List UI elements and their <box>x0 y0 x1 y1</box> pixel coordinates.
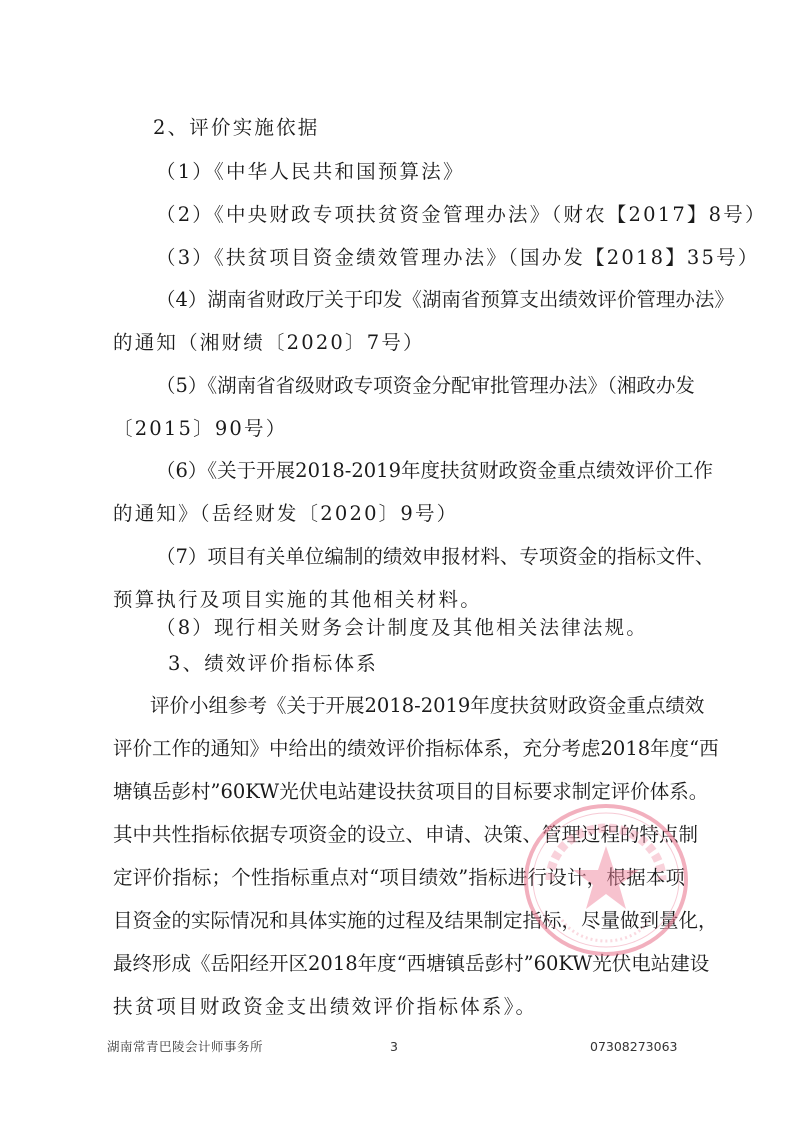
basis-item-6-line1: （6）《关于开展2018-2019年度扶贫财政资金重点绩效评价工作 <box>156 458 685 484</box>
footer-page-number: 3 <box>390 1038 398 1056</box>
basis-item-5-line1: （5）《湖南省省级财政专项资金分配审批管理办法》（湘政办发 <box>156 373 685 399</box>
paragraph-line-6: 目资金的实际情况和具体实施的过程及结果制定指标，尽量做到量化， <box>113 908 685 934</box>
basis-item-4-line1: （4）湖南省财政厅关于印发《湖南省预算支出绩效评价管理办法》 <box>156 287 685 313</box>
basis-item-4-line2: 的通知（湘财绩〔2020〕7号） <box>113 330 425 356</box>
paragraph-line-5: 定评价指标；个性指标重点对“项目绩效”指标进行设计，根据本项 <box>113 865 685 891</box>
basis-item-1: （1）《中华人民共和国预算法》 <box>156 159 465 185</box>
paragraph-line-8: 扶贫项目财政资金支出绩效评价指标体系》。 <box>113 994 537 1020</box>
basis-item-5-line2: 〔2015〕90号） <box>113 416 287 442</box>
basis-item-7-line1: （7）项目有关单位编制的绩效申报材料、专项资金的指标文件、 <box>156 544 685 570</box>
paragraph-line-1: 评价小组参考《关于开展2018-2019年度扶贫财政资金重点绩效 <box>150 693 685 719</box>
basis-item-2: （2）《中央财政专项扶贫资金管理办法》（财农【2017】8号） <box>156 202 767 228</box>
paragraph-line-7: 最终形成《岳阳经开区2018年度“西塘镇岳彭村”60KW光伏电站建设 <box>113 951 685 977</box>
section-heading-2: 2、评价实施依据 <box>153 115 320 141</box>
section-heading-3: 3、绩效评价指标体系 <box>168 651 378 677</box>
paragraph-line-3: 塘镇岳彭村”60KW光伏电站建设扶贫项目的目标要求制定评价体系。 <box>113 779 685 805</box>
footer-phone: 07308273063 <box>590 1038 677 1056</box>
basis-item-8: （8）现行相关财务会计制度及其他相关法律法规。 <box>156 615 648 641</box>
document-page: 2、评价实施依据 （1）《中华人民共和国预算法》 （2）《中央财政专项扶贫资金管… <box>0 0 793 1121</box>
paragraph-line-4: 其中共性指标依据专项资金的设立、申请、决策、管理过程的特点制 <box>113 822 685 848</box>
footer-firm-name: 湖南常青巴陵会计师事务所 <box>107 1038 263 1056</box>
basis-item-6-line2: 的通知》（岳经财发〔2020〕9号） <box>113 501 458 527</box>
basis-item-7-line2: 预算执行及项目实施的其他相关材料。 <box>113 587 482 613</box>
basis-item-3: （3）《扶贫项目资金绩效管理办法》（国办发【2018】35号） <box>156 245 760 271</box>
paragraph-line-2: 评价工作的通知》中给出的绩效评价指标体系，充分考虑2018年度“西 <box>113 736 685 762</box>
